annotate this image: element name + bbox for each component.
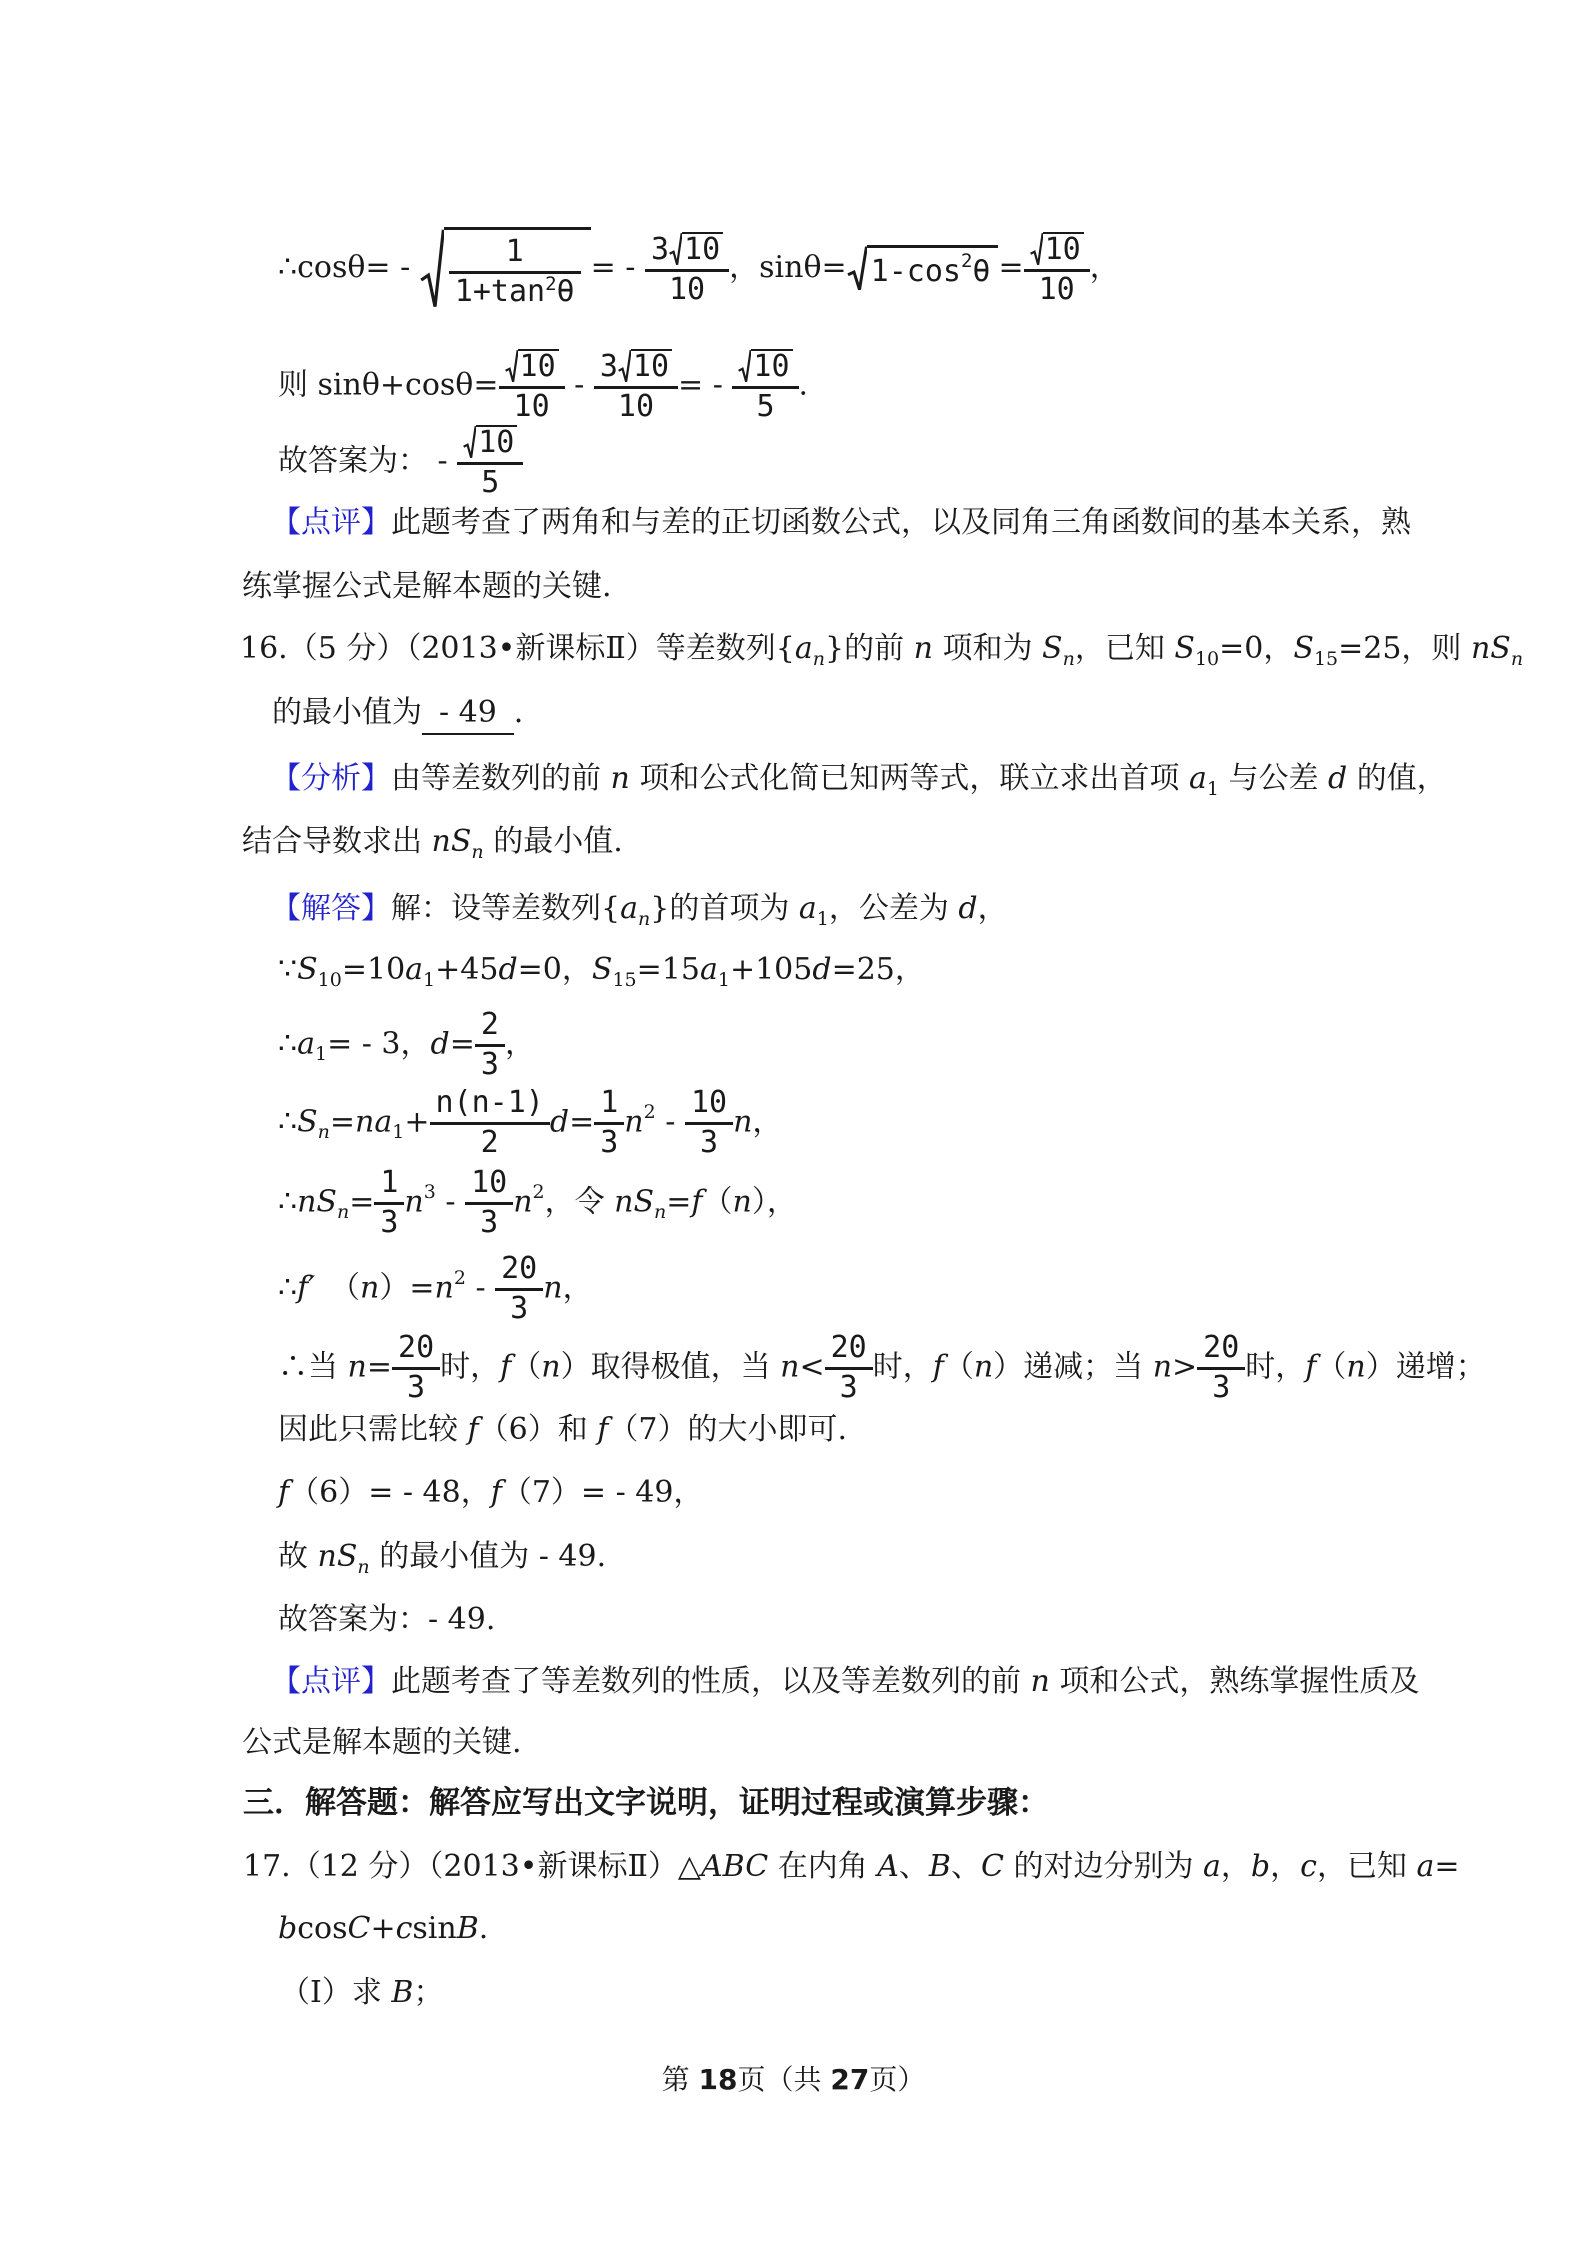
radical: 11+tan2θ: [420, 227, 591, 311]
fraction: 31010: [645, 232, 729, 307]
radical: 1-cos2θ: [847, 245, 999, 292]
fraction: 105: [732, 349, 798, 424]
radical: 10: [1030, 232, 1084, 266]
total-pages: 27: [830, 2063, 869, 2096]
q16-answer-line: 的最小值为- 49．: [272, 693, 544, 735]
page-number: 18: [699, 2063, 738, 2096]
q16-compare-line: 因此只需比较 f（6）和 f（7）的大小即可.: [278, 1410, 847, 1450]
radical: 10: [669, 232, 723, 266]
section-heading: 三．解答题：解答应写出文字说明，证明过程或演算步骤：: [243, 1783, 1049, 1823]
q15-answer-line: 故答案为： - 105: [278, 425, 523, 500]
fraction: 1010: [499, 349, 565, 424]
q16-minimum-line: 故 nSn 的最小值为 - 49.: [278, 1537, 606, 1577]
fraction: n(n-1)2: [430, 1087, 550, 1160]
q16-step-a1-d-line: ∴a1= - 3，d=23，: [278, 1009, 535, 1082]
fraction: 203: [825, 1332, 873, 1405]
review-label: 【点评】: [271, 505, 391, 540]
q16-step-sums-line: ∵S10=10a1+45d=0，S15=15a1+105d=25，: [278, 950, 925, 990]
fraction: 103: [685, 1087, 733, 1160]
formula-sin-plus-cos-line: 则 sinθ+cosθ=1010 - 31010= - 105.: [278, 349, 808, 424]
fraction: 31010: [594, 349, 678, 424]
review-label: 【点评】: [271, 1664, 391, 1699]
answer-blank: - 49: [422, 693, 514, 735]
q16-solution-intro-line: 【解答】解：设等差数列{an}的首项为 a1，公差为 d，: [271, 889, 1008, 929]
q16-review-line2: 公式是解本题的关键.: [242, 1723, 522, 1763]
analysis-label: 【分析】: [271, 761, 391, 796]
q15-review-line2: 练掌握公式是解本题的关键.: [242, 567, 612, 607]
formula-cos-theta-line: ∴cosθ= - 11+tan2θ= - 31010，sinθ=1-cos2θ=…: [278, 227, 1120, 311]
radical: 10: [505, 349, 559, 383]
fraction: 203: [392, 1332, 440, 1405]
fraction: 1010: [1024, 232, 1090, 307]
q15-review-line1: 【点评】此题考查了两角和与差的正切函数公式，以及同角三角函数间的基本关系，熟: [271, 503, 1411, 543]
fraction: 203: [1197, 1332, 1245, 1405]
page-footer: 第 18页（共 27页）: [0, 2060, 1587, 2100]
q16-analysis-line2: 结合导数求出 nSn 的最小值.: [242, 822, 623, 862]
q16-step-derivative-line: ∴f′ （n）=n2 - 203n，: [278, 1253, 593, 1326]
solution-label: 【解答】: [271, 891, 391, 926]
q16-analysis-line1: 【分析】由等差数列的前 n 项和公式化简已知两等式，联立求出首项 a1 与公差 …: [271, 759, 1447, 799]
radical: 10: [738, 349, 792, 383]
q16-step-extremum-line: ∴当 n=203时，f（n）取得极值，当 n<203时，f（n）递减；当 n>2…: [278, 1332, 1486, 1405]
q16-stem-line: 16.（5 分）（2013•新课标Ⅱ）等差数列{an}的前 n 项和为 Sn，已…: [240, 629, 1523, 669]
q17-stem-line: 17.（12 分）（2013•新课标Ⅱ）△ABC 在内角 A、B、C 的对边分别…: [243, 1847, 1460, 1887]
fraction: 11+tan2θ: [449, 236, 581, 309]
fraction: 13: [594, 1087, 624, 1160]
q16-step-nsn-line: ∴nSn=13n3 - 103n2，令 nSn=f（n），: [278, 1167, 797, 1240]
q17-part1-line: （Ⅰ）求 B；: [280, 1973, 443, 2013]
fraction: 105: [457, 425, 523, 500]
q17-equation-line: bcosC+csinB.: [278, 1909, 488, 1949]
fraction: 103: [465, 1167, 513, 1240]
fraction: 13: [374, 1167, 404, 1240]
radical: 10: [618, 349, 672, 383]
q16-final-answer-line: 故答案为：- 49.: [278, 1600, 495, 1640]
q16-step-sn-formula-line: ∴Sn=na1+n(n-1)2d=13n2 - 103n，: [278, 1087, 782, 1160]
radical: 10: [463, 425, 517, 459]
fraction: 23: [475, 1009, 505, 1082]
document-page: ∴cosθ= - 11+tan2θ= - 31010，sinθ=1-cos2θ=…: [0, 0, 1587, 2245]
q16-review-line1: 【点评】此题考查了等差数列的性质，以及等差数列的前 n 项和公式，熟练掌握性质及: [271, 1662, 1419, 1702]
q16-values-line: f（6）= - 48，f（7）= - 49，: [278, 1473, 703, 1513]
fraction: 203: [495, 1253, 543, 1326]
